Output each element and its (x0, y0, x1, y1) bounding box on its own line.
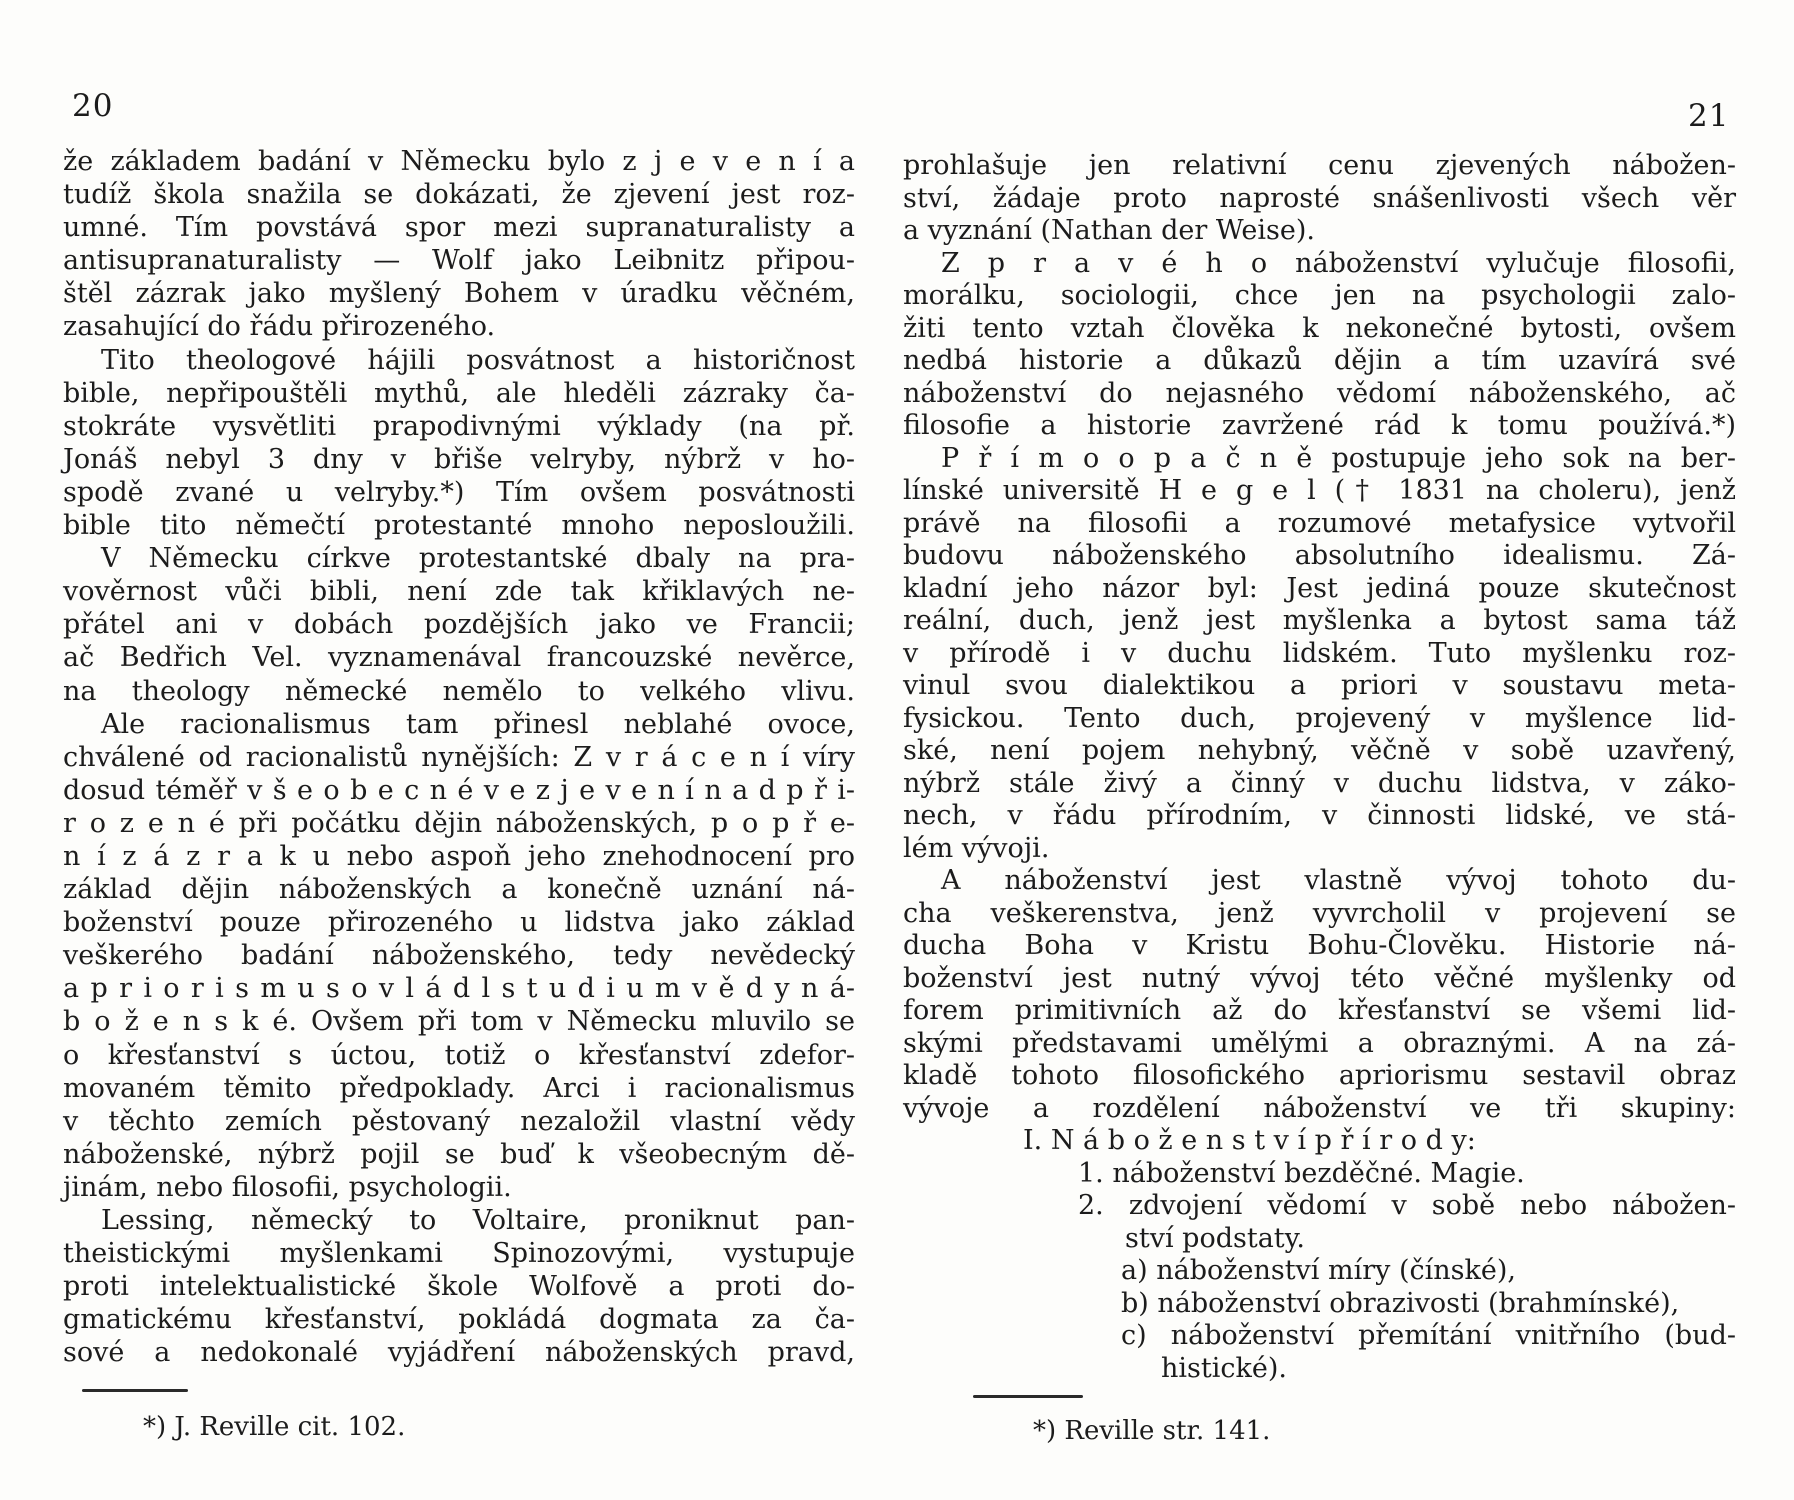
text-line: vinul svou dialektikou a priori v sousta… (903, 670, 1736, 703)
text-line: bible, nepřipouštěli mythů, ale hleděli … (63, 377, 855, 410)
text-line: kladě tohoto filosofického apriorismu se… (903, 1060, 1736, 1093)
page-number-left: 20 (72, 88, 113, 124)
text-line: movaném těmito předpoklady. Arci i racio… (63, 1072, 855, 1105)
footnote-separator-left (82, 1389, 188, 1392)
text-line: základ dějin náboženských a konečně uzná… (63, 873, 855, 906)
book-page-spread: 20 21 že základem badání v Německu bylo … (0, 0, 1794, 1500)
text-line: morálku, sociologii, chce jen na psychol… (903, 280, 1736, 313)
text-line: cha veškerenstva, jenž vyvrcholil v proj… (903, 898, 1736, 931)
text-line: štěl zázrak jako myšlený Bohem v úradku … (63, 277, 855, 310)
text-line: nedbá historie a důkazů dějin a tím uzav… (903, 345, 1736, 378)
text-line: boženství pouze přirozeného u lidstva ja… (63, 906, 855, 939)
text-line: fysickou. Tento duch, projevený v myšlen… (903, 703, 1736, 736)
text-line: ství podstaty. (903, 1223, 1736, 1256)
text-line: nýbrž stále živý a činný v duchu lidstva… (903, 768, 1736, 801)
text-line: V Německu církve protestantské dbaly na … (63, 542, 855, 575)
text-line: A náboženství jest vlastně vývoj tohoto … (903, 865, 1736, 898)
footnote-separator-right (973, 1395, 1083, 1398)
text-line: ské, není pojem nehybný, věčně v sobě uz… (903, 735, 1736, 768)
text-line: skými představami umělými a obraznými. A… (903, 1028, 1736, 1061)
text-line: Lessing, německý to Voltaire, proniknut … (63, 1204, 855, 1237)
text-line: b) náboženství obrazivosti (brahmínské), (903, 1288, 1736, 1321)
text-line: a vyznání (Nathan der Weise). (903, 215, 1736, 248)
text-line: a p r i o r i s m u s o v l á d l s t u … (63, 972, 855, 1005)
text-line: vověrnost vůči bibli, není zde tak křikl… (63, 575, 855, 608)
text-line: veškerého badání náboženského, tedy nevě… (63, 939, 855, 972)
text-line: na theology německé nemělo to velkého vl… (63, 675, 855, 708)
text-line: chválené od racionalistů nynějších: Z v … (63, 741, 855, 774)
text-line: Jonáš nebyl 3 dny v břiše velryby, nýbrž… (63, 443, 855, 476)
footnote-right: *) Reville str. 141. (1033, 1416, 1270, 1446)
text-line: spodě zvané u velryby.*) Tím ovšem posvá… (63, 476, 855, 509)
text-line: kladní jeho názor byl: Jest jediná pouze… (903, 573, 1736, 606)
text-line: 2. zdvojení vědomí v sobě nebo nábožen- (903, 1190, 1736, 1223)
text-line: histické). (903, 1353, 1736, 1386)
text-line: filosofie a historie zavržené rád k tomu… (903, 410, 1736, 443)
text-line: P ř í m o o p a č n ě postupuje jeho sok… (903, 443, 1736, 476)
text-line: prohlašuje jen relativní cenu zjevených … (903, 150, 1736, 183)
text-line: zasahující do řádu přirozeného. (63, 310, 855, 343)
text-line: boženství jest nutný vývoj této věčné my… (903, 963, 1736, 996)
text-line: nech, v řádu přírodním, v činnosti lidsk… (903, 800, 1736, 833)
text-line: r o z e n é při počátku dějin náboženský… (63, 807, 855, 840)
text-line: Tito theologové hájili posvátnost a hist… (63, 344, 855, 377)
text-line: reální, duch, jenž jest myšlenka a bytos… (903, 605, 1736, 638)
text-line: ství, žádaje proto naprosté snášenlivost… (903, 183, 1736, 216)
text-line: b o ž e n s k é. Ovšem při tom v Německu… (63, 1005, 855, 1038)
text-line: budovu náboženského absolutního idealism… (903, 540, 1736, 573)
text-line: žiti tento vztah člověka k nekonečné byt… (903, 313, 1736, 346)
text-line: 1. náboženství bezděčné. Magie. (903, 1158, 1736, 1191)
text-line: Z p r a v é h o náboženství vylučuje fil… (903, 248, 1736, 281)
text-line: sové a nedokonalé vyjádření náboženských… (63, 1336, 855, 1369)
text-line: přátel ani v dobách pozdějších jako ve F… (63, 608, 855, 641)
text-line: antisupranaturalisty — Wolf jako Leibnit… (63, 244, 855, 277)
text-line: tudíž škola snažila se dokázati, že zjev… (63, 178, 855, 211)
text-line: Ale racionalismus tam přinesl neblahé ov… (63, 708, 855, 741)
text-line: lém vývoji. (903, 833, 1736, 866)
text-line: právě na filosofii a rozumové metafysice… (903, 508, 1736, 541)
text-line: že základem badání v Německu bylo z j e … (63, 145, 855, 178)
right-text-column: prohlašuje jen relativní cenu zjevených … (903, 150, 1736, 1385)
text-line: umné. Tím povstává spor mezi supranatura… (63, 211, 855, 244)
text-line: ač Bedřich Vel. vyznamenával francouzské… (63, 641, 855, 674)
text-line: v přírodě i v duchu lidském. Tuto myšlen… (903, 638, 1736, 671)
text-line: theistickými myšlenkami Spinozovými, vys… (63, 1237, 855, 1270)
text-line: bible tito němečtí protestanté mnoho nep… (63, 509, 855, 542)
text-line: n í z á z r a k u nebo aspoň jeho znehod… (63, 840, 855, 873)
text-line: ducha Boha v Kristu Bohu-Člověku. Histor… (903, 930, 1736, 963)
text-line: línské universitě H e g e l († 1831 na c… (903, 475, 1736, 508)
text-line: náboženské, nýbrž pojil se buď k všeobec… (63, 1138, 855, 1171)
footnote-left: *) J. Reville cit. 102. (143, 1412, 405, 1442)
text-line: vývoje a rozdělení náboženství ve tři sk… (903, 1093, 1736, 1126)
text-line: stokráte vysvětliti prapodivnými výklady… (63, 410, 855, 443)
text-line: a) náboženství míry (čínské), (903, 1255, 1736, 1288)
left-text-column: že základem badání v Německu bylo z j e … (63, 145, 855, 1369)
text-line: c) náboženství přemítání vnitřního (bud- (903, 1320, 1736, 1353)
text-line: forem primitivních až do křesťanství se … (903, 995, 1736, 1028)
text-line: proti intelektualistické škole Wolfově a… (63, 1270, 855, 1303)
text-line: o křesťanství s úctou, totiž o křesťanst… (63, 1039, 855, 1072)
text-line: I. N á b o ž e n s t v í p ř í r o d y: (903, 1125, 1736, 1158)
page-number-right: 21 (1688, 98, 1729, 134)
text-line: náboženství do nejasného vědomí nábožens… (903, 378, 1736, 411)
text-line: v těchto zemích pěstovaný nezaložil vlas… (63, 1105, 855, 1138)
text-line: dosud téměř v š e o b e c n é v e z j e … (63, 774, 855, 807)
text-line: gmatickému křesťanství, pokládá dogmata … (63, 1303, 855, 1336)
text-line: jinám, nebo filosofii, psychologii. (63, 1171, 855, 1204)
